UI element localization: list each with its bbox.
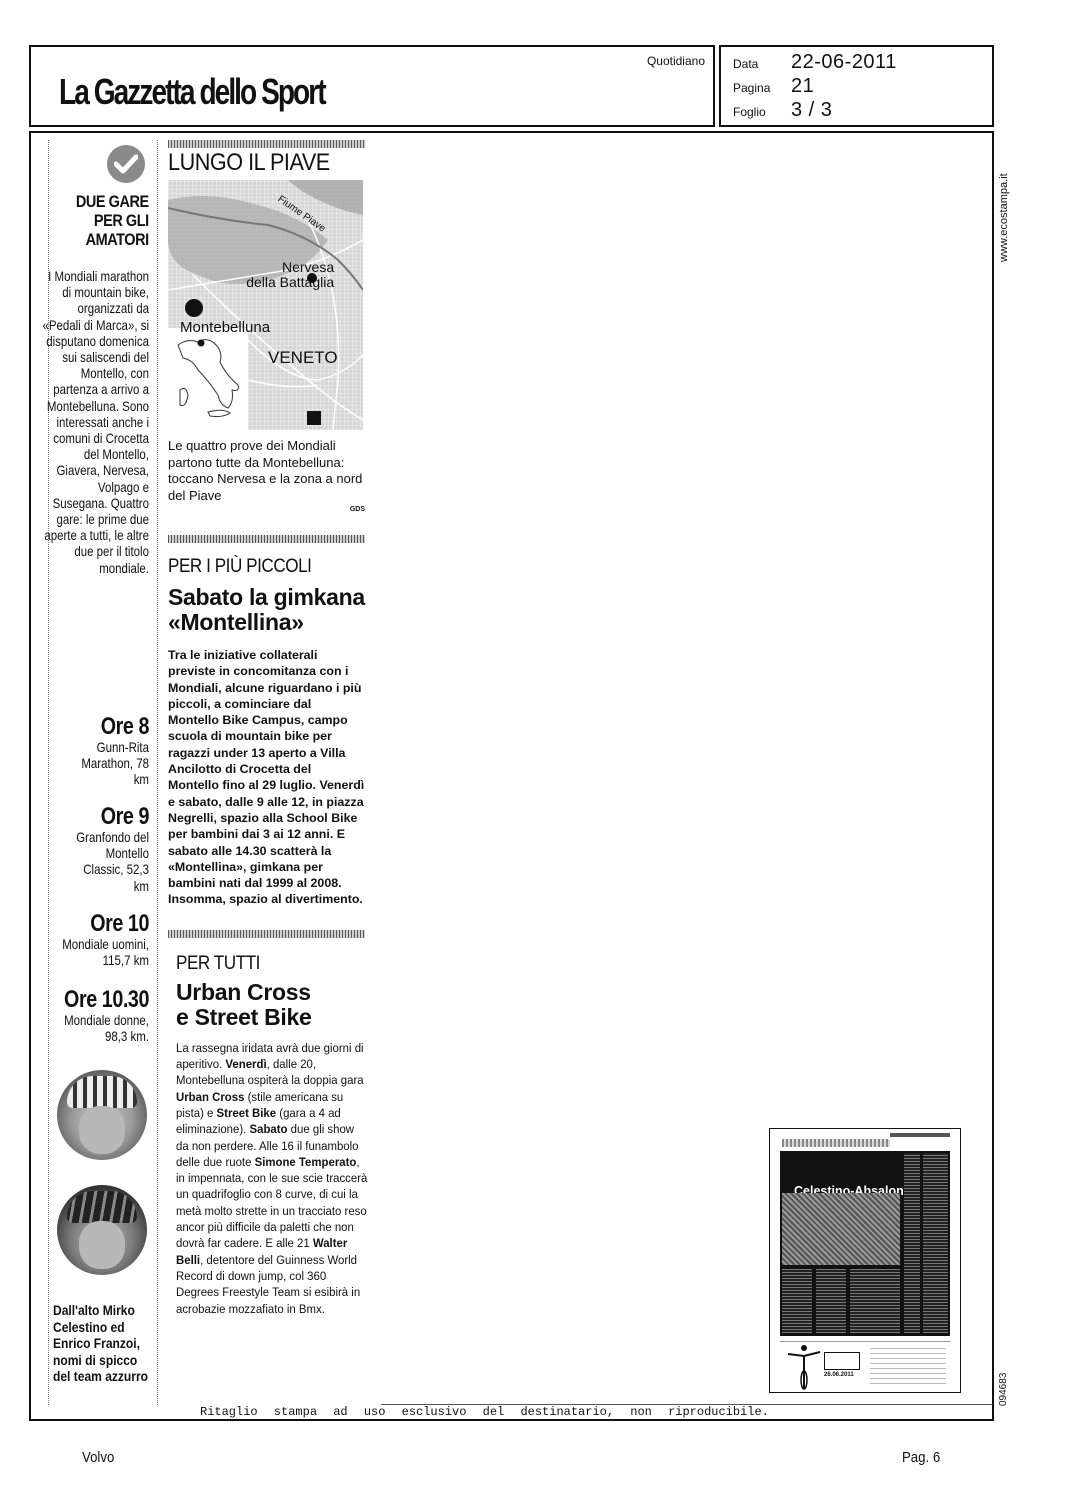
footer-page: Pag. 6 [902, 1449, 940, 1466]
map-graphic: Fiume Piave Nervesa della Battaglia Mont… [168, 180, 363, 430]
schedule-desc: Gunn-Rita Marathon, 78 km [75, 739, 149, 788]
helmet-shape [67, 1076, 137, 1108]
section-rule [168, 930, 365, 938]
header-masthead-box: La Gazzetta dello Sport Quotidiano [29, 45, 715, 127]
section-rule [168, 535, 365, 543]
meta-value: 21 [791, 75, 814, 98]
map-credit: GDS [168, 506, 365, 513]
sidebar-title-line: DUE GARE [76, 192, 149, 211]
headline-line: Urban Cross [176, 980, 365, 1005]
meta-date: Data 22-06-2011 [733, 51, 897, 74]
disclaimer: Ritaglio stampa ad uso esclusivo del des… [200, 1405, 769, 1419]
meta-label: Data [733, 57, 779, 71]
map-label-line: Nervesa [248, 260, 334, 275]
headline-line: e Street Bike [176, 1005, 365, 1030]
publication-type: Quotidiano [647, 54, 705, 68]
helmet-shape [67, 1191, 137, 1223]
map-kicker: LUNGO IL PIAVE [168, 150, 345, 176]
schedule-desc: Mondiale donne, 98,3 km. [42, 1012, 149, 1044]
meta-sheet: Foglio 3 / 3 [733, 99, 832, 122]
thumb-kicker [782, 1139, 890, 1147]
sidebar-column: DUE GARE PER GLI AMATORI I Mondiali mara… [48, 140, 158, 1405]
kids-body: Tra le iniziative collaterali previste i… [168, 647, 365, 908]
body-emphasis: Urban Cross [176, 1090, 244, 1104]
schedule-item: Ore 10 Mondiale uomini, 115,7 km [42, 912, 149, 968]
kids-headline: Sabato la gimkana «Montellina» [168, 585, 365, 635]
section-rule [168, 140, 365, 148]
map-label-veneto: VENETO [268, 350, 338, 365]
thumb-event-logo [824, 1352, 860, 1370]
side-code-text: 094683 [998, 1373, 1009, 1406]
masthead-logo: La Gazzetta dello Sport [59, 71, 325, 113]
sidebar-title-line: AMATORI [76, 230, 149, 249]
meta-page: Pagina 21 [733, 75, 814, 98]
footer-client: Volvo [82, 1449, 114, 1466]
face-shape [79, 1221, 125, 1269]
body-text: , detentore del Guinness World Record di… [176, 1253, 360, 1316]
all-body: La rassegna iridata avrà due giorni di a… [176, 1040, 369, 1317]
thumb-text-col [904, 1153, 920, 1333]
thumb-dark-area: Celestino-Absalon Mondiali stellari [780, 1151, 950, 1336]
meta-label: Pagina [733, 81, 779, 95]
photo-caption: Dall'alto Mirko Celestino ed Enrico Fran… [53, 1302, 156, 1385]
map-label-montebelluna: Montebelluna [180, 320, 270, 335]
thumb-text-col [850, 1269, 900, 1333]
photo-enrico-franzoi [57, 1185, 147, 1275]
meta-value: 22-06-2011 [791, 51, 897, 74]
thumb-text-col [782, 1269, 812, 1333]
schedule-time: Ore 10 [42, 912, 149, 936]
front-page-thumbnail: Celestino-Absalon Mondiali stellari 26.0… [769, 1128, 961, 1393]
schedule-item: Ore 10.30 Mondiale donne, 98,3 km. [42, 988, 149, 1044]
kids-kicker: PER I PIÙ PICCOLI [168, 555, 345, 579]
thumb-footer: 26.06.2011 [780, 1341, 950, 1390]
thumb-photo [782, 1193, 900, 1265]
thumb-text-col [923, 1153, 948, 1333]
map-label-line: della Battaglia [208, 275, 334, 290]
schedule-time: Ore 10.30 [42, 988, 149, 1012]
side-url: www.ecostampa.it [998, 142, 1012, 262]
body-emphasis: Street Bike [217, 1106, 277, 1120]
schedule-desc: Granfondo del Montello Classic, 52,3 km [67, 829, 149, 894]
body-emphasis: Simone Temperato [255, 1155, 357, 1169]
all-kicker: PER TUTTI [176, 952, 346, 976]
side-code: 094683 [998, 1340, 1012, 1410]
schedule-time: Ore 8 [42, 715, 149, 739]
sidebar-title-line: PER GLI [76, 211, 149, 230]
side-url-text: www.ecostampa.it [998, 173, 1010, 262]
schedule-desc: Mondiale uomini, 115,7 km [42, 936, 149, 968]
sidebar-title: DUE GARE PER GLI AMATORI [76, 192, 149, 249]
header-meta-box: Data 22-06-2011 Pagina 21 Foglio 3 / 3 [719, 45, 994, 127]
body-emphasis: Venerdì [225, 1057, 266, 1071]
meta-value: 3 / 3 [791, 99, 832, 122]
meta-label: Foglio [733, 105, 779, 119]
all-headline: Urban Cross e Street Bike [176, 980, 365, 1030]
face-shape [79, 1106, 125, 1154]
sidebar-body: I Mondiali marathon di mountain bike, or… [42, 268, 149, 576]
schedule-item: Ore 9 Granfondo del Montello Classic, 52… [42, 805, 149, 894]
thumb-date: 26.06.2011 [824, 1372, 854, 1378]
photo-mirko-celestino [57, 1070, 147, 1160]
schedule-time: Ore 9 [42, 805, 149, 829]
schedule-item: Ore 8 Gunn-Rita Marathon, 78 km [42, 715, 149, 788]
thumb-text-col [816, 1269, 846, 1333]
thumb-header-rule [890, 1133, 950, 1137]
middle-column: LUNGO IL PIAVE Fiume Piave [168, 140, 365, 1317]
map-caption: Le quattro prove dei Mondiali partono tu… [168, 438, 365, 504]
body-emphasis: Sabato [249, 1122, 287, 1136]
thumb-sponsor-logos [870, 1348, 946, 1384]
map-label-nervesa: Nervesa della Battaglia [248, 260, 334, 290]
cyclist-icon [784, 1344, 824, 1390]
check-circle-icon [107, 145, 145, 183]
